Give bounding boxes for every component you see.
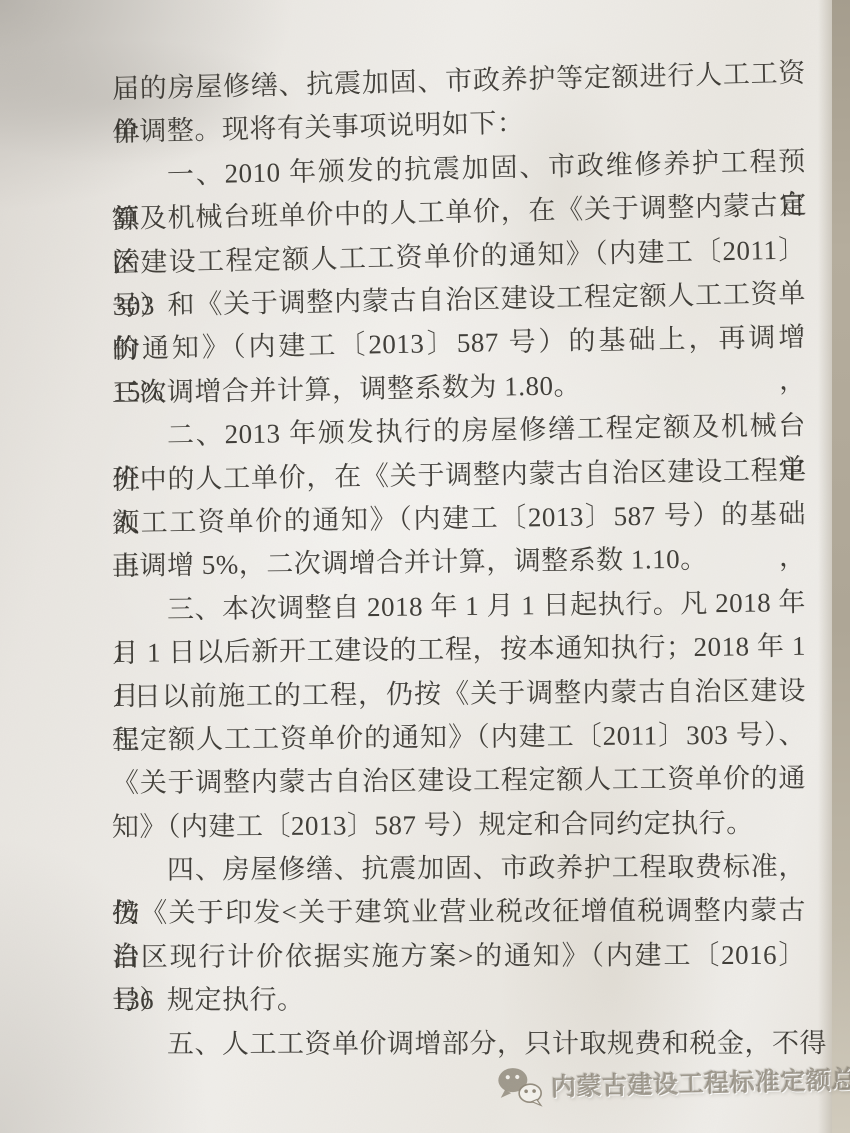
text-line: 知》（内建工〔2013〕587 号）规定和合同约定执行。: [112, 801, 806, 849]
text-line: 五、人工工资单价调增部分，只计取规费和税金，不得: [112, 1022, 806, 1066]
text-line: 程定额人工工资单价的通知》（内建工〔2011〕303 号）、: [112, 713, 806, 762]
scanned-document-page: 届的房屋修缮、抗震加固、市政养护等定额进行人工工资单价调整。现将有关事项说明如下…: [0, 0, 850, 1133]
wechat-icon: [495, 1065, 544, 1108]
text-line: 再调增 5%，二次调增合并计算，调整系数 1.10。: [112, 537, 806, 589]
page-edge-shadow: [832, 0, 850, 1133]
text-line: 月 1 日以后新开工建设的工程，按本通知执行；2018 年 1 月: [112, 625, 806, 676]
document-body: 届的房屋修缮、抗震加固、市政养护等定额进行人工工资单价调整。现将有关事项说明如下…: [112, 68, 806, 1066]
watermark: 内蒙古建设工程标准定额总站: [495, 1057, 850, 1108]
text-line: 三、本次调整自 2018 年 1 月 1 日起执行。凡 2018 年 1: [112, 581, 806, 632]
text-line: 《关于调整内蒙古自治区建设工程定额人工工资单价的通: [112, 757, 806, 806]
text-line: 治区现行计价依据实施方案>的通知》（内建工〔2016〕136: [112, 934, 806, 980]
text-line: 按《关于印发<关于建筑业营业税改征增值税调整内蒙古自: [112, 889, 806, 935]
watermark-text: 内蒙古建设工程标准定额总站: [551, 1060, 850, 1104]
text-line: 号）规定执行。: [112, 978, 806, 1023]
text-line: 1 日以前施工的工程，仍按《关于调整内蒙古自治区建设工: [112, 669, 806, 719]
text-line: 四、房屋修缮、抗震加固、市政养护工程取费标准，仍: [112, 845, 806, 892]
